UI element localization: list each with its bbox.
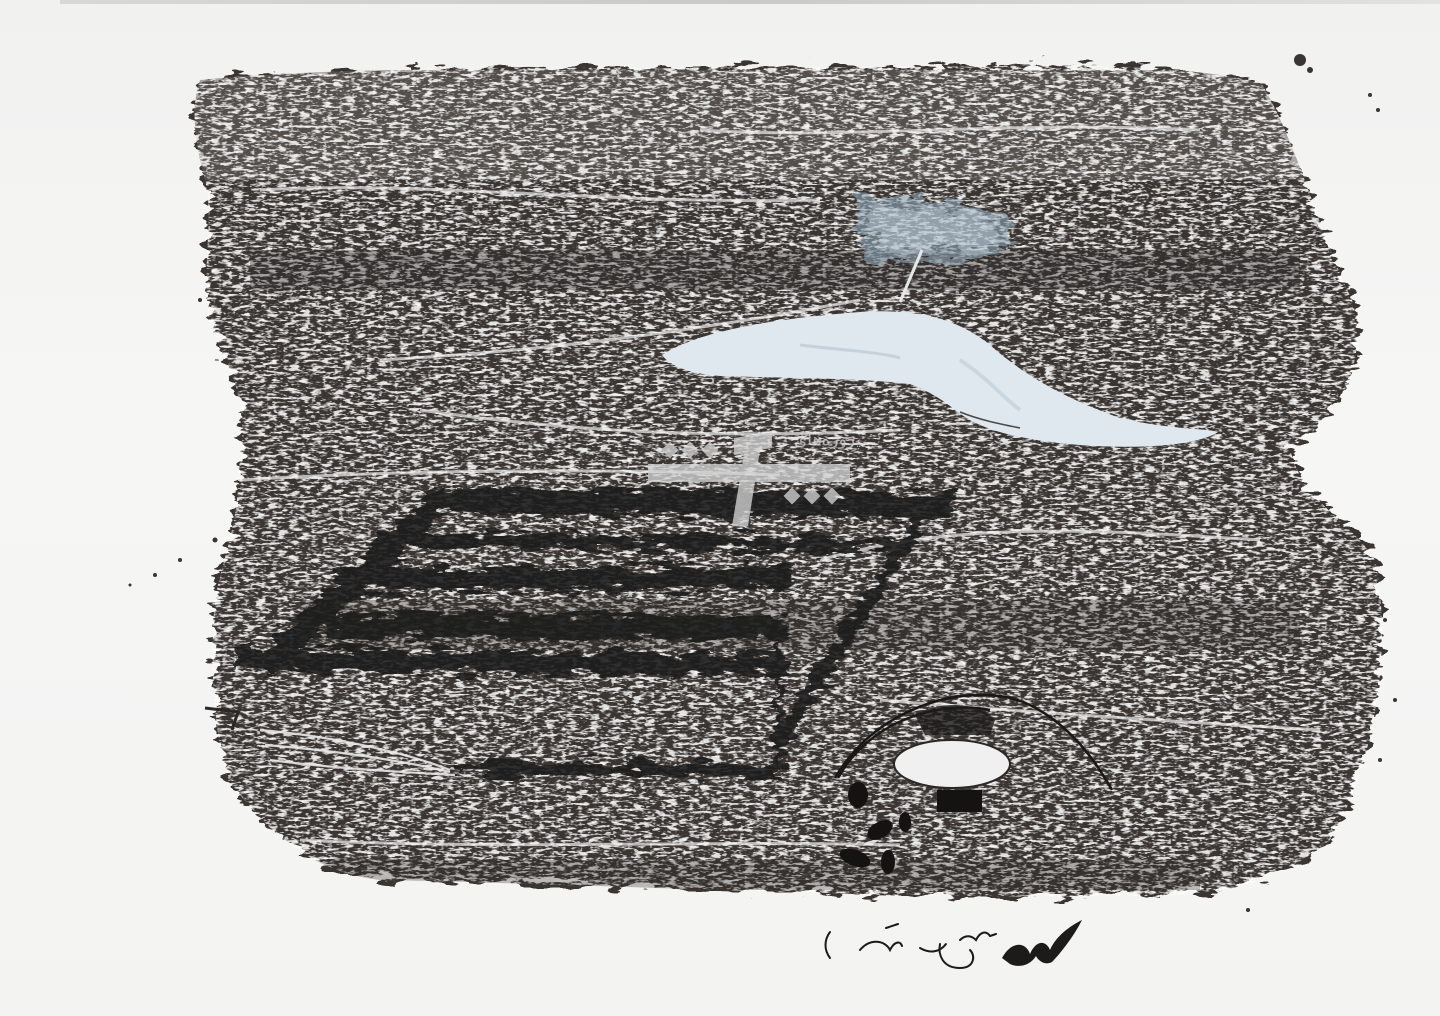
- black-rectangle: [937, 790, 982, 812]
- white-oval: [894, 740, 1010, 788]
- year-mark: [1002, 920, 1082, 966]
- artist-signature: خرداد ۱۳۹۷ خوشنویس ۴: [790, 910, 1090, 980]
- watermark-text: پروژه‌های: [794, 430, 861, 450]
- watermark: پروژه‌های: [648, 428, 858, 528]
